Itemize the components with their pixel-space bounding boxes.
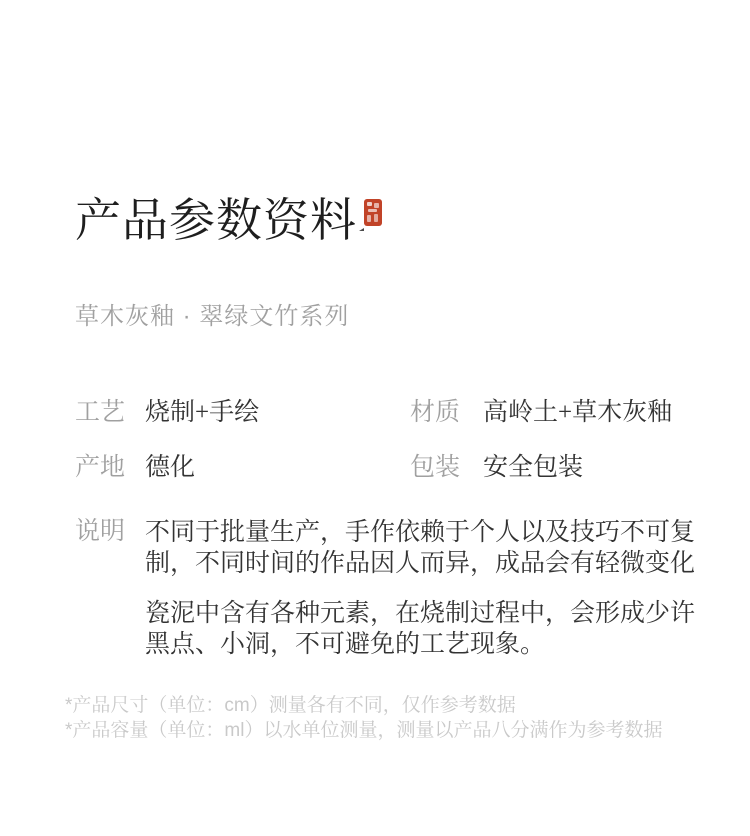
param-value-packaging: 安全包装 [483,453,700,483]
product-params-page: 产品参数资料 草木灰釉 · 翠绿文竹系列 工艺 烧制+手绘 材质 高岭土+草木灰… [0,0,750,836]
series-subtitle: 草木灰釉 · 翠绿文竹系列 [75,303,700,331]
param-label-packaging: 包装 [410,453,483,483]
params-table: 工艺 烧制+手绘 材质 高岭土+草木灰釉 产地 德化 包装 安全包装 说明 不同… [75,398,700,660]
description-paragraph: 瓷泥中含有各种元素，在烧制过程中，会形成少许 黑点、小洞，不可避免的工艺现象。 [145,598,700,660]
param-value-craft: 烧制+手绘 [145,398,410,428]
description-line: 不同于批量生产，手作依赖于个人以及技巧不可复 [145,517,700,548]
param-label-description: 说明 [75,508,145,660]
param-value-description: 不同于批量生产，手作依赖于个人以及技巧不可复 制，不同时间的作品因人而异，成品会… [145,508,700,660]
description-line: 制，不同时间的作品因人而异，成品会有轻微变化 [145,548,700,579]
description-line: 瓷泥中含有各种元素，在烧制过程中，会形成少许 [145,598,700,629]
param-label-craft: 工艺 [75,398,145,428]
page-title-row: 产品参数资料 [75,196,700,246]
param-label-material: 材质 [410,398,483,428]
param-value-material: 高岭土+草木灰釉 [483,398,700,428]
description-line: 黑点、小洞，不可避免的工艺现象。 [145,629,700,660]
footnote-capacity: *产品容量（单位：ml）以水单位测量，测量以产品八分满作为参考数据 [65,718,700,743]
page-title: 产品参数资料 [75,196,357,246]
footnotes: *产品尺寸（单位：cm）测量各有不同，仅作参考数据 *产品容量（单位：ml）以水… [65,693,700,743]
footnote-size: *产品尺寸（单位：cm）测量各有不同，仅作参考数据 [65,693,700,718]
red-seal-stamp-icon [359,198,383,232]
description-paragraph: 不同于批量生产，手作依赖于个人以及技巧不可复 制，不同时间的作品因人而异，成品会… [145,517,700,579]
param-value-origin: 德化 [145,453,410,483]
param-label-origin: 产地 [75,453,145,483]
